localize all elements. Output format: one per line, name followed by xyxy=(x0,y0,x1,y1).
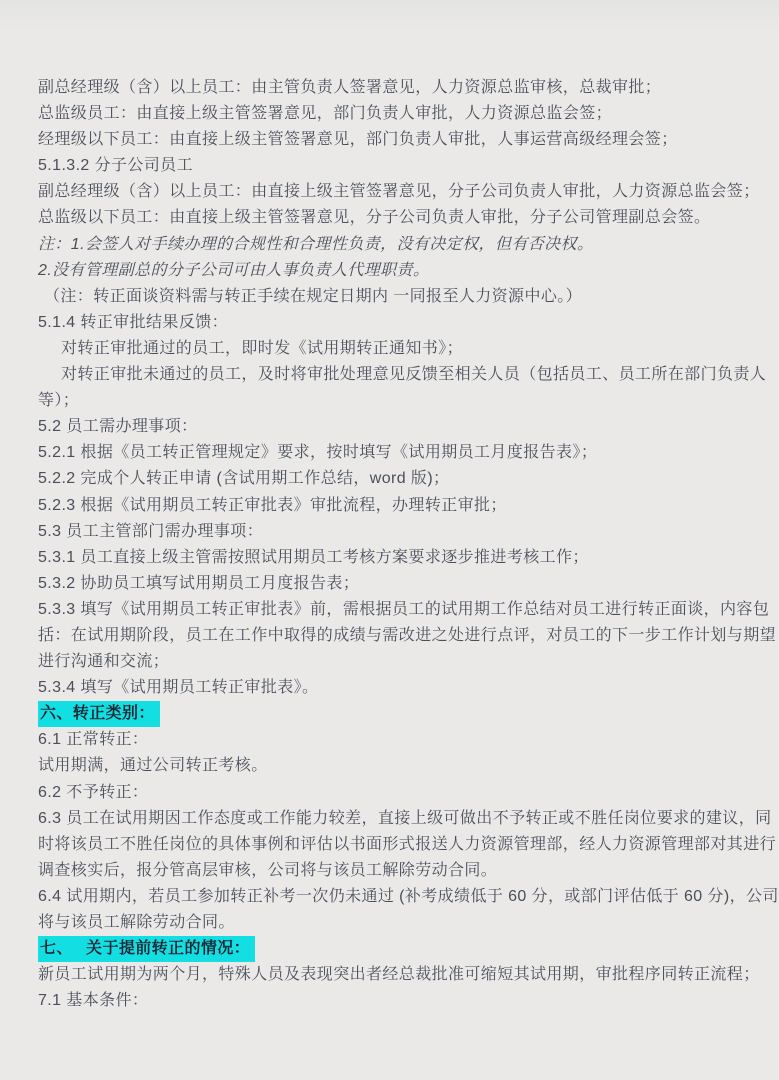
document-line: 对转正审批通过的员工，即时发《试用期转正通知书》； xyxy=(38,336,751,362)
document-section-number: 5.3 员工主管部门需办理事项： xyxy=(38,519,751,545)
document-line: 5.3.4 填写《试用期员工转正审批表》。 xyxy=(38,675,751,701)
document-section-number: 6.2 不予转正： xyxy=(38,780,751,806)
section-heading: 七、 关于提前转正的情况： xyxy=(38,936,751,962)
document-line: 进行沟通和交流； xyxy=(38,649,751,675)
document-line: 副总经理级（含）以上员工：由直接上级主管签署意见，分子公司负责人审批，人力资源总… xyxy=(38,179,751,205)
document-section-number: 7.1 基本条件： xyxy=(38,988,751,1014)
document-note-line: （注：转正面谈资料需与转正手续在规定日期内 一同报至人力资源中心。） xyxy=(38,284,751,310)
document-section-number: 5.1.3.2 分子公司员工 xyxy=(38,153,751,179)
document-line: 5.3.2 协助员工填写试用期员工月度报告表； xyxy=(38,571,751,597)
document-line: 6.4 试用期内，若员工参加转正补考一次仍未通过 (补考成绩低于 60 分，或部… xyxy=(38,884,751,910)
document-line: 新员工试用期为两个月，特殊人员及表现突出者经总裁批准可缩短其试用期，审批程序同转… xyxy=(38,962,751,988)
section-heading-highlight: 七、 关于提前转正的情况： xyxy=(38,936,255,962)
document-section-number: 5.1.4 转正审批结果反馈： xyxy=(38,310,751,336)
document-line: 将与该员工解除劳动合同。 xyxy=(38,910,751,936)
document-line: 5.2.1 根据《员工转正管理规定》要求，按时填写《试用期员工月度报告表》； xyxy=(38,440,751,466)
document-line: 5.2.2 完成个人转正申请 (含试用期工作总结，word 版)； xyxy=(38,466,751,492)
document-note-line: 2.没有管理副总的分子公司可由人事负责人代理职责。 xyxy=(38,258,751,284)
document-line: 调查核实后，报分管高层审核，公司将与该员工解除劳动合同。 xyxy=(38,858,751,884)
document-line: 副总经理级（含）以上员工：由主管负责人签署意见，人力资源总监审核，总裁审批； xyxy=(38,75,751,101)
document-note-line: 注：1.会签人对手续办理的合规性和合理性负责，没有决定权，但有否决权。 xyxy=(38,232,751,258)
document-page: 副总经理级（含）以上员工：由主管负责人签署意见，人力资源总监审核，总裁审批； 总… xyxy=(0,0,779,1080)
document-line: 试用期满，通过公司转正考核。 xyxy=(38,753,751,779)
document-line: 总监级以下员工：由直接上级主管签署意见，分子公司负责人审批，分子公司管理副总会签… xyxy=(38,205,751,231)
document-section-number: 6.1 正常转正： xyxy=(38,727,751,753)
document-line: 时将该员工不胜任岗位的具体事例和评估以书面形式报送人力资源管理部，经人力资源管理… xyxy=(38,832,751,858)
document-line: 5.3.3 填写《试用期员工转正审批表》前，需根据员工的试用期工作总结对员工进行… xyxy=(38,597,751,623)
section-heading: 六、转正类别： xyxy=(38,701,751,727)
document-line: 5.3.1 员工直接上级主管需按照试用期员工考核方案要求逐步推进考核工作； xyxy=(38,545,751,571)
document-line: 6.3 员工在试用期因工作态度或工作能力较差，直接上级可做出不予转正或不胜任岗位… xyxy=(38,806,751,832)
document-section-number: 5.2 员工需办理事项： xyxy=(38,414,751,440)
document-line: 等）； xyxy=(38,388,751,414)
document-line: 对转正审批未通过的员工，及时将审批处理意见反馈至相关人员（包括员工、员工所在部门… xyxy=(38,362,751,388)
section-heading-highlight: 六、转正类别： xyxy=(38,701,160,727)
document-line: 5.2.3 根据《试用期员工转正审批表》审批流程，办理转正审批； xyxy=(38,493,751,519)
document-line: 经理级以下员工：由直接上级主管签署意见，部门负责人审批，人事运营高级经理会签； xyxy=(38,127,751,153)
document-line: 总监级员工：由直接上级主管签署意见，部门负责人审批，人力资源总监会签； xyxy=(38,101,751,127)
document-line: 括：在试用期阶段，员工在工作中取得的成绩与需改进之处进行点评，对员工的下一步工作… xyxy=(38,623,751,649)
